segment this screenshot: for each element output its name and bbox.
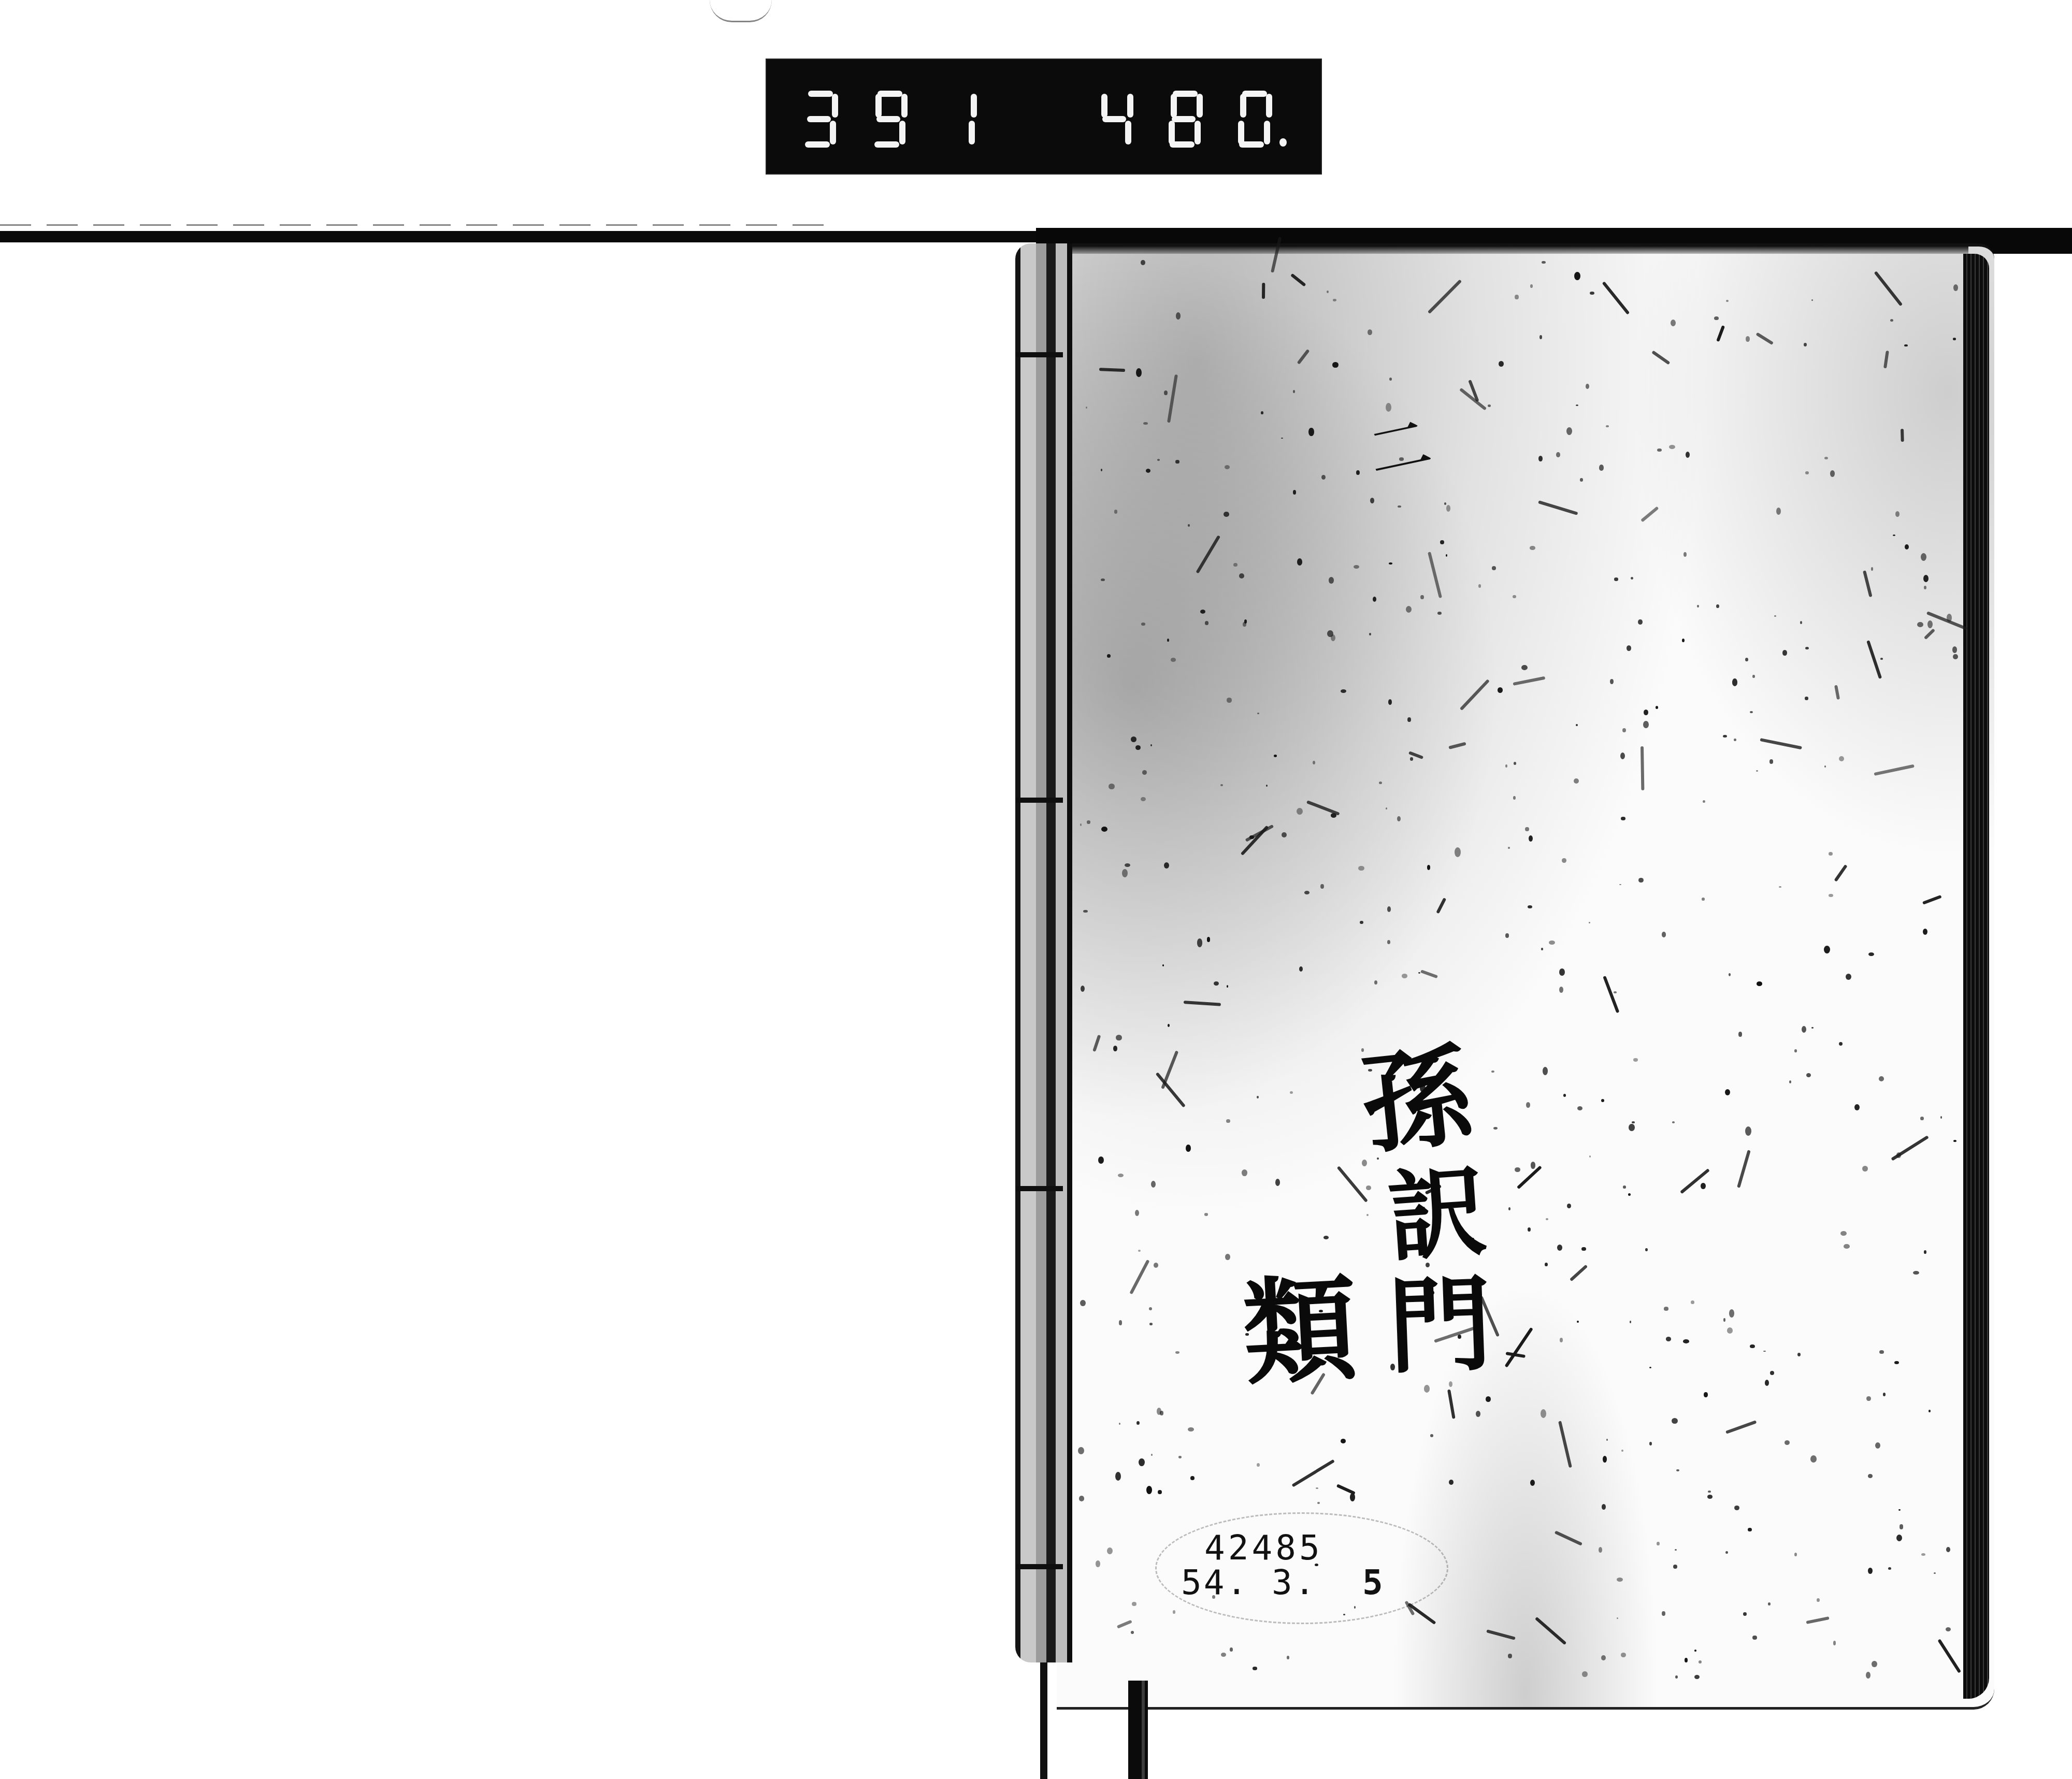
title-character: 類 bbox=[1240, 1271, 1360, 1391]
title-character: 門 bbox=[1387, 1272, 1494, 1380]
handwritten-title: 孫 訳 類 門 bbox=[1233, 1031, 1502, 1404]
stamp-date: 54. 3. 5 bbox=[1181, 1565, 1385, 1600]
stamp-date-day: 5 bbox=[1362, 1563, 1385, 1602]
library-stamp: 42485 54. 3. 5 bbox=[1181, 1530, 1385, 1600]
title-character: 訳 bbox=[1385, 1162, 1490, 1267]
accession-number: 42485 bbox=[1181, 1530, 1385, 1565]
paper-fiber-texture bbox=[0, 0, 2072, 1779]
title-character: 孫 bbox=[1357, 1041, 1477, 1161]
stamp-date-year-month: 54. 3. bbox=[1181, 1563, 1317, 1602]
